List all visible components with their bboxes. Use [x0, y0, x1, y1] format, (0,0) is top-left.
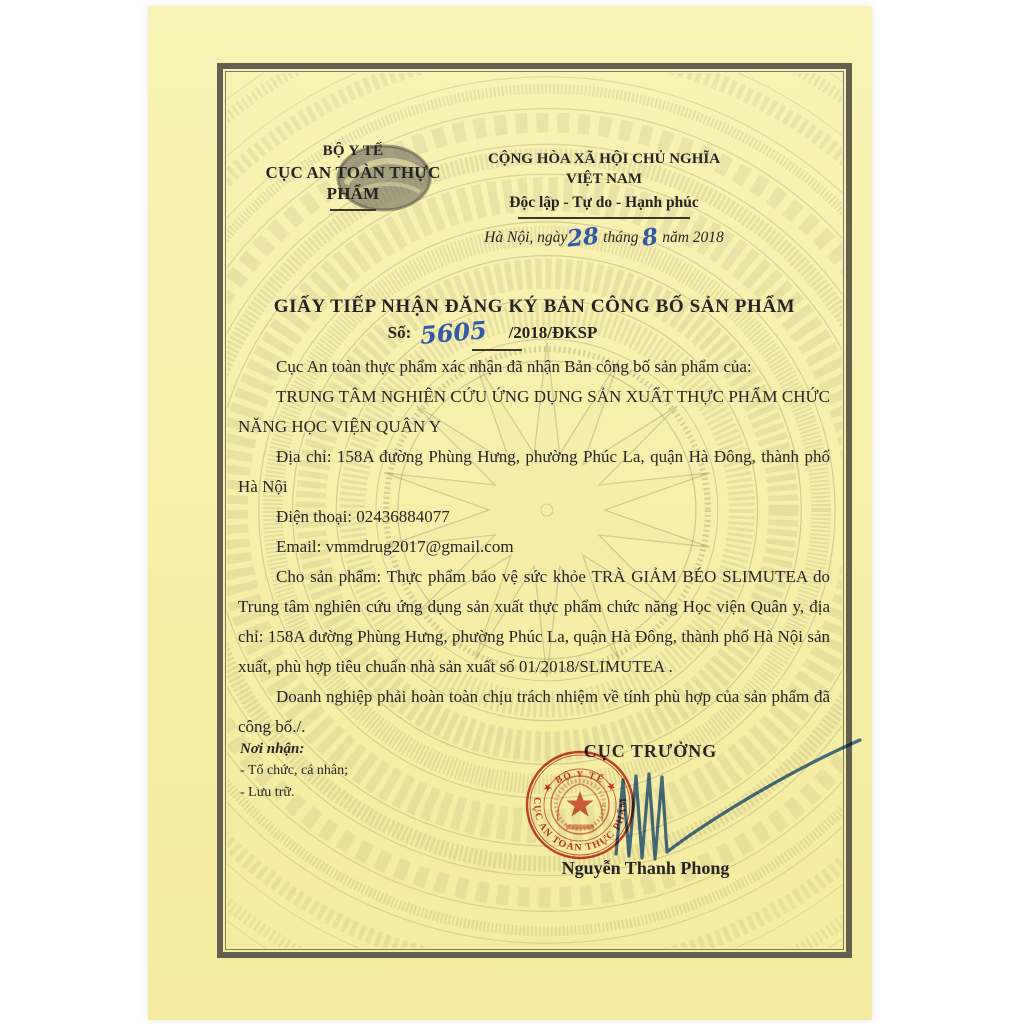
paper: BỘ Y TẾ CỤC AN TOÀN THỰC PHẨM CỘNG HÒA X… — [148, 6, 872, 1020]
number-underline — [472, 349, 522, 351]
body-content: Cục An toàn thực phẩm xác nhận đã nhận B… — [238, 352, 830, 742]
place-date-line: Hà Nội, ngày28 tháng 8 năm 2018 — [473, 228, 735, 248]
motto-underline — [518, 217, 690, 219]
header-right: CỘNG HÒA XÃ HỘI CHỦ NGHĨA VIỆT NAM Độc l… — [473, 150, 735, 248]
title-block: GIẤY TIẾP NHẬN ĐĂNG KÝ BẢN CÔNG BỐ SẢN P… — [217, 296, 852, 351]
handwritten-number: 5605 — [420, 330, 487, 336]
certificate-title: GIẤY TIẾP NHẬN ĐĂNG KÝ BẢN CÔNG BỐ SẢN P… — [217, 296, 852, 318]
product-text-before: Cho sản phẩm: Thực phẩm bảo vệ sức khỏe — [276, 567, 591, 586]
organization-name: TRUNG TÂM NGHIÊN CỨU ỨNG DỤNG SẢN XUẤT T… — [238, 382, 830, 442]
intro-paragraph: Cục An toàn thực phẩm xác nhận đã nhận B… — [238, 352, 830, 382]
national-title: CỘNG HÒA XÃ HỘI CHỦ NGHĨA VIỆT NAM — [473, 150, 735, 189]
recipient-item: - Tổ chức, cá nhân; — [240, 760, 348, 782]
recipients-block: Nơi nhận: - Tổ chức, cá nhân; - Lưu trữ. — [240, 738, 348, 804]
department-underline — [330, 209, 376, 211]
ministry-name: BỘ Y TẾ — [243, 142, 463, 161]
scanned-certificate: BỘ Y TẾ CỤC AN TOÀN THỰC PHẨM CỘNG HÒA X… — [0, 0, 1024, 1024]
certificate-number-line: Số: 5605 /2018/ĐKSP — [175, 323, 810, 343]
number-suffix: /2018/ĐKSP — [509, 323, 598, 342]
email-line: Email: vmmdrug2017@gmail.com — [238, 532, 830, 562]
signature-icon — [588, 728, 888, 878]
signer-name: Nguyễn Thanh Phong — [523, 858, 768, 879]
handwritten-month: 8 — [642, 237, 658, 239]
phone-line: Điện thoại: 02436884077 — [238, 502, 830, 532]
handwritten-day: 28 — [567, 236, 599, 239]
product-name: TRÀ GIẢM BÉO SLIMUTEA — [591, 567, 807, 586]
recipient-item: - Lưu trữ. — [240, 782, 348, 804]
date-mid: tháng — [603, 229, 638, 246]
address-line: Địa chỉ: 158A đường Phùng Hưng, phường P… — [238, 442, 830, 502]
recipients-label: Nơi nhận: — [240, 738, 348, 760]
number-label: Số: — [388, 323, 412, 342]
date-prefix: Hà Nội, ngày — [484, 229, 567, 246]
product-paragraph: Cho sản phẩm: Thực phẩm bảo vệ sức khỏe … — [238, 562, 830, 682]
header-left: BỘ Y TẾ CỤC AN TOÀN THỰC PHẨM — [243, 142, 463, 211]
date-suffix: năm 2018 — [662, 229, 724, 246]
department-name: CỤC AN TOÀN THỰC PHẨM — [243, 162, 463, 205]
national-motto: Độc lập - Tự do - Hạnh phúc — [473, 193, 735, 213]
